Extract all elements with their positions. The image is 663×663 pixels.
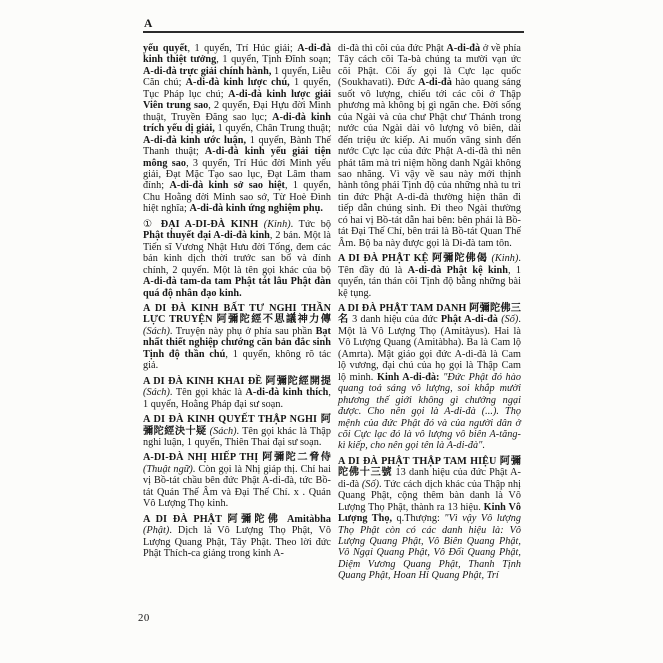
entry-paragraph: A-DI-ĐÀ NHỊ HIẾP THỊ 阿彌陀二脅侍 (Thuật ngữ).… [143, 452, 331, 509]
text-run: (Sách) [210, 426, 237, 437]
right-text-column: di-đà thì cõi của đức Phật A-di-đà ở về … [338, 43, 521, 582]
text-run: , 1 quyển, Tịnh Đĩnh soạn; [216, 54, 331, 65]
text-run: A-di-đà kinh lược chú, [186, 77, 290, 88]
text-run: (Kinh) [264, 219, 291, 230]
text-run: A-di-đà tam-da tam Phật tát lâu Phật đàn… [143, 276, 331, 298]
text-run: Phật thuyết đại A-di-đà kinh [143, 230, 270, 241]
text-run: A-DI-ĐÀ NHỊ HIẾP THỊ 阿彌陀二脅侍 [143, 452, 331, 463]
entry-paragraph: A DI ĐÀ PHẬT THẬP TAM HIỆU 阿彌陀佛十三號 13 da… [338, 456, 521, 582]
text-run: (Số) [362, 479, 379, 490]
entry-paragraph: A DI ĐÀ KINH QUYẾT THẬP NGHI 阿彌陀經決十疑 (Sá… [143, 414, 331, 448]
page-number: 20 [138, 612, 150, 624]
text-run: hào quang sáng suốt vô lượng, chiếu tới … [338, 77, 521, 248]
text-run: "Đức Phật đó hào quang toả sáng vô lượng… [338, 372, 521, 452]
dictionary-page-scan: A yếu quyết, 1 quyển, Trí Húc giải; A-di… [0, 0, 663, 663]
text-run: ① [143, 219, 161, 230]
text-run: (Sách) [143, 387, 170, 398]
entry-paragraph: yếu quyết, 1 quyển, Trí Húc giải; A-di-đ… [143, 43, 331, 215]
text-run: (Số) [501, 314, 518, 325]
text-run: yếu quyết [143, 43, 187, 54]
entry-paragraph: di-đà thì cõi của đức Phật A-di-đà ở về … [338, 43, 521, 249]
entry-paragraph: A DI ĐÀ KINH KHAI ĐỀ 阿彌陀經開提 (Sách). Tên … [143, 376, 331, 410]
entry-paragraph: ① ĐẠI A-DI-ĐÀ KINH (Kinh). Tức bộ Phật t… [143, 219, 331, 299]
text-run: . Dịch là Vô Lượng Thọ Phật, Vô Lượng Qu… [143, 525, 331, 559]
text-run: ĐẠI A-DI-ĐÀ KINH [161, 219, 264, 230]
left-text-column: yếu quyết, 1 quyển, Trí Húc giải; A-di-đ… [143, 43, 331, 559]
header-rule [143, 31, 524, 33]
text-run: . Tức bộ [291, 219, 331, 230]
text-run: A-di-đà Phật kệ kinh [408, 265, 508, 276]
text-run: Phật A-di-đà [441, 314, 498, 325]
text-run: A-di-đà kinh thích [246, 387, 329, 398]
text-run: A DI ĐÀ PHẬT KỆ 阿彌陀佛偈 [338, 253, 491, 264]
text-run: 3 danh hiệu của đức [352, 314, 441, 325]
entry-paragraph: A DI ĐÀ PHẬT KỆ 阿彌陀佛偈 (Kinh). Tên đầy đủ… [338, 253, 521, 299]
text-run: . Tên gọi khác là [170, 387, 246, 398]
text-run: A-di-đà trực giải chính hành, [143, 66, 271, 77]
text-run: (Kinh) [491, 253, 518, 264]
text-run: (Phật) [143, 525, 169, 536]
entry-paragraph: A DI ĐÀ PHẬT TAM DANH 阿彌陀佛三名 3 danh hiệu… [338, 303, 521, 452]
entry-paragraph: A DI ĐÀ PHẬT 阿彌陀佛 Amitàbha (Phật). Dịch … [143, 514, 331, 560]
text-run: A DI ĐÀ PHẬT 阿彌陀佛 Amitàbha [143, 514, 331, 525]
text-run: di-đà thì cõi của đức Phật [338, 43, 446, 54]
text-run: A-di-đà kinh ứng nghiệm phụ. [189, 203, 323, 214]
text-run: A-di-đà kinh ước luận, [143, 135, 246, 146]
entry-paragraph: A DI ĐÀ KINH BẤT TƯ NGHỊ THẦN LỰC TRUYỆN… [143, 303, 331, 372]
text-run: A-di-đà [418, 77, 452, 88]
text-run: q.Thượng: [392, 513, 444, 524]
text-run: A DI ĐÀ KINH KHAI ĐỀ 阿彌陀經開提 [143, 376, 331, 387]
text-run: , 1 quyển, Trí Húc giải; [187, 43, 297, 54]
text-run: A DI ĐÀ KINH BẤT TƯ NGHỊ THẦN LỰC TRUYỆN… [143, 303, 331, 325]
text-run: A-di-đà kinh sở sao hiệt [169, 180, 285, 191]
text-run: . Truyện này phụ ở phía sau phần [170, 326, 316, 337]
text-run: A-di-đà [446, 43, 480, 54]
section-letter: A [144, 18, 153, 30]
text-run: (Thuật ngữ) [143, 464, 193, 475]
text-run: 1 quyển, Chân Trung thuật; [215, 123, 331, 134]
text-run: Kinh A-di-đà: [377, 372, 443, 383]
text-run: (Sách) [143, 326, 170, 337]
